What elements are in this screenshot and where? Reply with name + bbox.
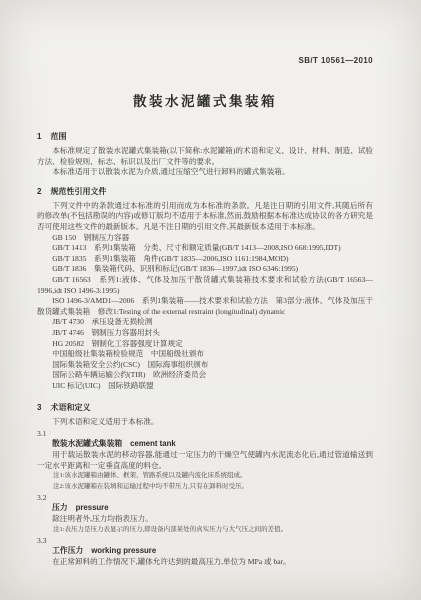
reference-item: JB/T 4746 钢制压力容器用封头 (37, 328, 373, 339)
term-note: 注1:表压力是压力表显示的压力,即设备内部某处的真实压力与大气压之间的差值。 (37, 525, 373, 535)
term-definition: 在正常卸料的工作情况下,罐体允许达到的最高压力,单位为 MPa 或 bar。 (37, 557, 373, 568)
term-number: 3.3 (37, 536, 373, 546)
term-3-3: 3.3 工作压力working pressure 在正常卸料的工作情况下,罐体允… (37, 536, 373, 568)
term-en: working pressure (91, 546, 156, 555)
section-normative-references: 2规范性引用文件 下列文件中的条款通过本标准的引用而成为本标准的条款。凡是注日期… (37, 187, 373, 392)
term-heading: 散装水泥罐式集装箱cement tank (37, 439, 373, 450)
section-1-heading: 1范围 (37, 132, 373, 142)
term-zh: 压力 (52, 503, 68, 512)
term-heading: 工作压力working pressure (37, 546, 373, 557)
term-en: cement tank (130, 439, 176, 448)
references-intro: 下列文件中的条款通过本标准的引用而成为本标准的条款。凡是注日期的引用文件,其随后… (37, 201, 373, 233)
section-terms-definitions: 3术语和定义 下列术语和定义适用于本标准。 3.1 散装水泥罐式集装箱cemen… (37, 403, 373, 567)
term-note: 注2:该水泥罐箱在装填和运输过程中均不带压力,只有在卸料时受压。 (37, 482, 373, 492)
term-heading: 压力pressure (37, 503, 373, 514)
reference-item: GB/T 16563 系列1:液体、气体及加压干散货罐式集装箱技术要求和试验方法… (37, 275, 373, 296)
standard-code: SB/T 10561—2010 (37, 56, 373, 65)
section-1-title: 范围 (50, 132, 66, 141)
reference-item: 中国船级社集装箱检验规范 中国船级社颁布 (37, 349, 373, 360)
reference-item: UIC 标记(UIC) 国际铁路联盟 (37, 381, 373, 392)
section-3-title: 术语和定义 (50, 403, 90, 412)
term-3-2: 3.2 压力pressure 除注明者外,压力均指表压力。 注1:表压力是压力表… (37, 493, 373, 535)
term-zh: 工作压力 (52, 546, 83, 555)
reference-item: GB 150 钢制压力容器 (37, 233, 373, 244)
scope-paragraph-1: 本标准规定了散装水泥罐式集装箱(以下简称:水泥罐箱)的术语和定义、设计、材料、制… (37, 146, 373, 167)
section-2-heading: 2规范性引用文件 (37, 187, 373, 197)
term-definition: 除注明者外,压力均指表压力。 (37, 514, 373, 525)
section-scope: 1范围 本标准规定了散装水泥罐式集装箱(以下简称:水泥罐箱)的术语和定义、设计、… (37, 132, 373, 178)
reference-item: JB/T 4730 承压设备无损检测 (37, 317, 373, 328)
reference-item: 国际集装箱安全公约(CSC) 国际海事组织颁布 (37, 360, 373, 371)
reference-item: GB/T 1413 系列1集装箱 分类、尺寸和额定质量(GB/T 1413—20… (37, 243, 373, 254)
reference-item: ISO 1496-3/AMD1—2006 系列1集装箱——技术要求和试验方法 第… (37, 296, 373, 317)
reference-item: GB/T 1836 集装箱代码、识别和标记(GB/T 1836—1997,idt… (37, 264, 373, 275)
term-zh: 散装水泥罐式集装箱 (52, 439, 122, 448)
term-number: 3.1 (37, 429, 373, 439)
term-definition: 用于载运散装水泥的移动容器,能通过一定压力的干燥空气使罐内水泥流态化后,通过管道… (37, 450, 373, 471)
term-3-1: 3.1 散装水泥罐式集装箱cement tank 用于载运散装水泥的移动容器,能… (37, 429, 373, 492)
term-en: pressure (76, 503, 109, 512)
reference-item: 国际公路车辆运输公约(TIR) 欧洲经济委员会 (37, 370, 373, 381)
section-2-number: 2 (37, 187, 41, 196)
section-1-number: 1 (37, 132, 41, 141)
scope-paragraph-2: 本标准适用于以散装水泥为介质,通过压缩空气进行卸料的罐式集装箱。 (37, 167, 373, 178)
terms-intro: 下列术语和定义适用于本标准。 (37, 417, 373, 428)
section-3-number: 3 (37, 403, 41, 412)
section-3-heading: 3术语和定义 (37, 403, 373, 413)
reference-item: GB/T 1835 系列1集装箱 角件(GB/T 1835—2006,ISO 1… (37, 254, 373, 265)
term-note: 注1:该水泥罐箱由罐体、框架、管路系统以及罐内流化床系统组成。 (37, 471, 373, 481)
document-page: SB/T 10561—2010 散装水泥罐式集装箱 1范围 本标准规定了散装水泥… (0, 0, 421, 600)
reference-item: HG 20582 钢制化工容器强度计算规定 (37, 339, 373, 350)
section-2-title: 规范性引用文件 (50, 187, 106, 196)
document-title: 散装水泥罐式集装箱 (37, 90, 373, 110)
term-number: 3.2 (37, 493, 373, 503)
